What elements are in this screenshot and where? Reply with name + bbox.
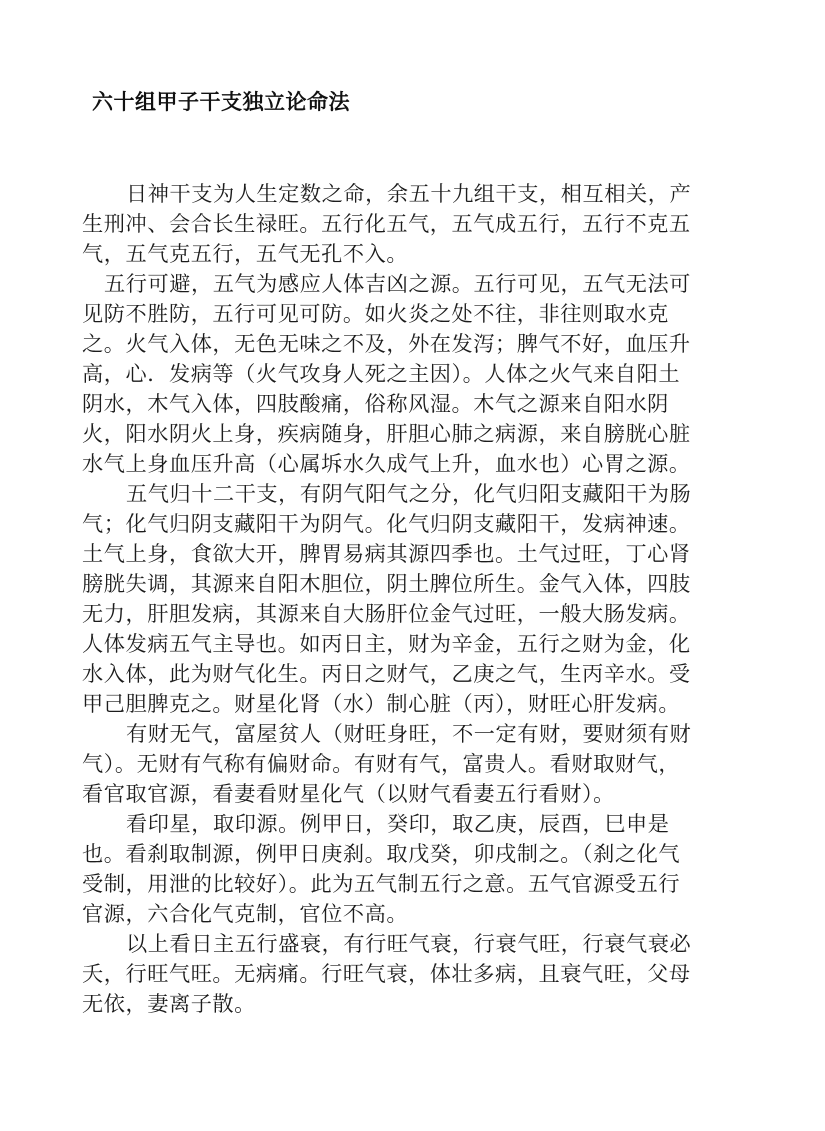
paragraph-3: 五气归十二干支，有阴气阳气之分，化气归阳支藏阳干为肠 气；化气归阴支藏阳干为阴气… [82, 479, 742, 719]
text-line: 甲己胆脾克之。财星化肾（水）制心脏（丙），财旺心肝发病。 [82, 689, 742, 719]
paragraph-6: 以上看日主五行盛衰，有行旺气衰，行衰气旺，行衰气衰必 夭，行旺气旺。无病痛。行旺… [82, 929, 742, 1019]
text-line: 火，阳水阴火上身，疾病随身，肝胆心肺之病源，来自膀胱心脏 [82, 419, 742, 449]
text-line: 受制，用泄的比较好）。此为五气制五行之意。五气官源受五行 [82, 869, 742, 899]
paragraph-2: 五行可避，五气为感应人体吉凶之源。五行可见，五气无法可 见防不胜防，五行可见可防… [82, 269, 742, 479]
text-line: 人体发病五气主导也。如丙日主，财为辛金，五行之财为金，化 [82, 629, 742, 659]
text-line: 无力，肝胆发病，其源来自大肠肝位金气过旺，一般大肠发病。 [82, 599, 742, 629]
text-line: 五气归十二干支，有阴气阳气之分，化气归阳支藏阳干为肠 [82, 479, 742, 509]
text-line: 夭，行旺气旺。无病痛。行旺气衰，体壮多病，且衰气旺，父母 [82, 959, 742, 989]
paragraph-4: 有财无气，富屋贫人（财旺身旺，不一定有财，要财须有财 气）。无财有气称有偏财命。… [82, 719, 742, 809]
document-title: 六十组甲子干支独立论命法 [92, 86, 350, 116]
document-page: 六十组甲子干支独立论命法 日神干支为人生定数之命，余五十九组干支，相互相关，产 … [0, 0, 825, 1131]
text-line: 气，五气克五行，五气无孔不入。 [82, 239, 742, 269]
document-body: 日神干支为人生定数之命，余五十九组干支，相互相关，产 生刑冲、会合长生禄旺。五行… [82, 179, 742, 1019]
text-line: 以上看日主五行盛衰，有行旺气衰，行衰气旺，行衰气衰必 [82, 929, 742, 959]
text-line: 日神干支为人生定数之命，余五十九组干支，相互相关，产 [82, 179, 742, 209]
text-line: 官源，六合化气克制，官位不高。 [82, 899, 742, 929]
paragraph-5: 看印星，取印源。例甲日，癸印，取乙庚，辰酉，巳申是 也。看刹取制源，例甲日庚刹。… [82, 809, 742, 929]
text-line: 水气上身血压升高（心属坼水久成气上升，血水也）心胃之源。 [82, 449, 742, 479]
text-line: 五行可避，五气为感应人体吉凶之源。五行可见，五气无法可 [82, 269, 742, 299]
text-line: 无依，妻离子散。 [82, 989, 742, 1019]
paragraph-1: 日神干支为人生定数之命，余五十九组干支，相互相关，产 生刑冲、会合长生禄旺。五行… [82, 179, 742, 269]
text-line: 气）。无财有气称有偏财命。有财有气，富贵人。看财取财气， [82, 749, 742, 779]
text-line: 看官取官源，看妻看财星化气（以财气看妻五行看财）。 [82, 779, 742, 809]
text-line: 看印星，取印源。例甲日，癸印，取乙庚，辰酉，巳申是 [82, 809, 742, 839]
text-line: 膀胱失调，其源来自阳木胆位，阴土脾位所生。金气入体，四肢 [82, 569, 742, 599]
text-line: 高，心．发病等（火气攻身人死之主因）。人体之火气来自阳土 [82, 359, 742, 389]
text-line: 阴水，木气入体，四肢酸痛，俗称风湿。木气之源来自阳水阴 [82, 389, 742, 419]
text-line: 生刑冲、会合长生禄旺。五行化五气，五气成五行，五行不克五 [82, 209, 742, 239]
text-line: 水入体，此为财气化生。丙日之财气，乙庚之气，生丙辛水。受 [82, 659, 742, 689]
text-line: 土气上身，食欲大开，脾胃易病其源四季也。土气过旺，丁心肾 [82, 539, 742, 569]
text-line: 有财无气，富屋贫人（财旺身旺，不一定有财，要财须有财 [82, 719, 742, 749]
text-line: 也。看刹取制源，例甲日庚刹。取戊癸，卯戌制之。（刹之化气 [82, 839, 742, 869]
text-line: 见防不胜防，五行可见可防。如火炎之处不往，非往则取水克 [82, 299, 742, 329]
text-line: 之。火气入体，无色无味之不及，外在发泻；脾气不好，血压升 [82, 329, 742, 359]
text-line: 气；化气归阴支藏阳干为阴气。化气归阴支藏阳干，发病神速。 [82, 509, 742, 539]
